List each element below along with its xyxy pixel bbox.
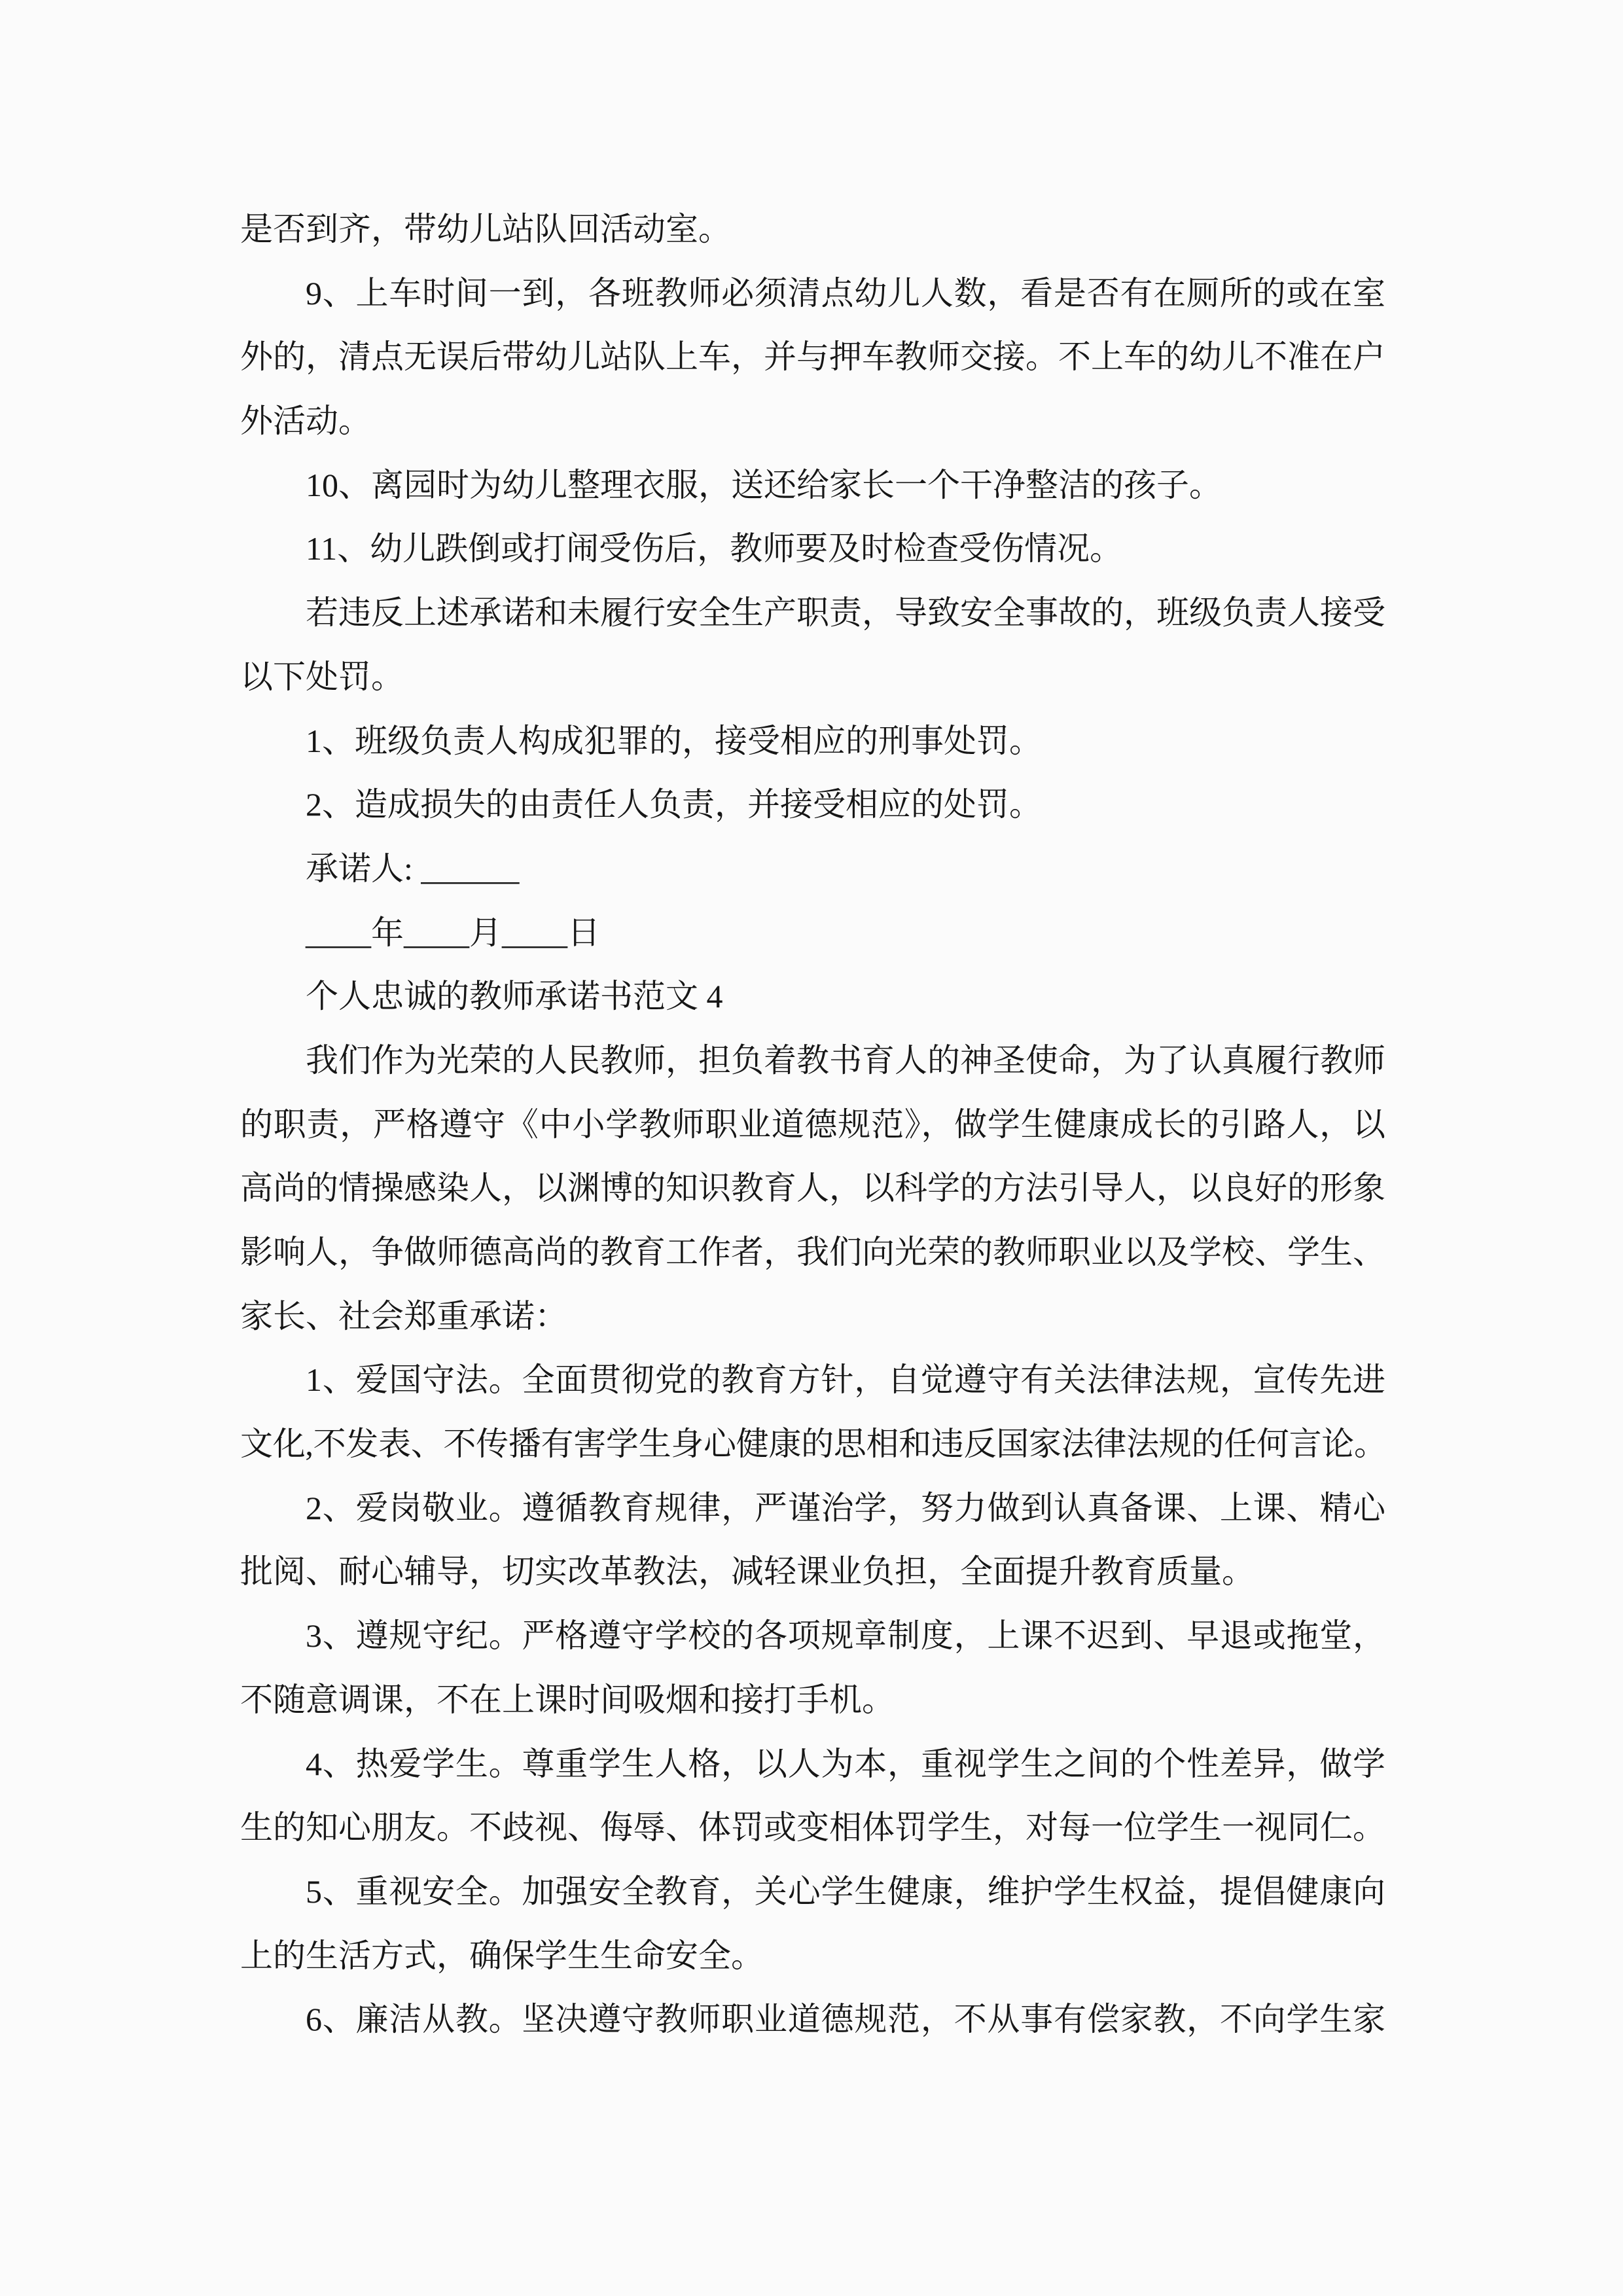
document-text-block: 是否到齐，带幼儿站队回活动室。9、上车时间一到，各班教师必须清点幼儿人数，看是否… bbox=[240, 198, 1385, 2052]
text-line: 高尚的情操感染人，以渊博的知识教育人，以科学的方法引导人，以良好的形象 bbox=[240, 1157, 1385, 1221]
text-line: 1、爱国守法。全面贯彻党的教育方针，自觉遵守有关法律法规，宣传先进 bbox=[240, 1348, 1385, 1412]
text-line: 上的生活方式，确保学生生命安全。 bbox=[240, 1924, 1385, 1988]
text-line: 4、热爱学生。尊重学生人格，以人为本，重视学生之间的个性差异，做学 bbox=[240, 1732, 1385, 1797]
text-line: 家长、社会郑重承诺： bbox=[240, 1285, 1385, 1349]
text-line: 9、上车时间一到，各班教师必须清点幼儿人数，看是否有在厕所的或在室 bbox=[240, 262, 1385, 326]
text-line: 以下处罚。 bbox=[240, 645, 1385, 709]
text-line: 的职责，严格遵守《中小学教师职业道德规范》，做学生健康成长的引路人，以 bbox=[240, 1093, 1385, 1157]
text-line: 生的知心朋友。不歧视、侮辱、体罚或变相体罚学生，对每一位学生一视同仁。 bbox=[240, 1796, 1385, 1860]
text-line: 1、班级负责人构成犯罪的，接受相应的刑事处罚。 bbox=[240, 709, 1385, 774]
text-line: 2、造成损失的由责任人负责，并接受相应的处罚。 bbox=[240, 773, 1385, 837]
document-page: 是否到齐，带幼儿站队回活动室。9、上车时间一到，各班教师必须清点幼儿人数，看是否… bbox=[0, 0, 1623, 2296]
text-line: 外活动。 bbox=[240, 389, 1385, 454]
text-line: 外的，清点无误后带幼儿站队上车，并与押车教师交接。不上车的幼儿不准在户 bbox=[240, 325, 1385, 389]
text-line: 个人忠诚的教师承诺书范文 4 bbox=[240, 965, 1385, 1029]
text-line: 5、重视安全。加强安全教育，关心学生健康，维护学生权益，提倡健康向 bbox=[240, 1860, 1385, 1924]
text-line: 2、爱岗敬业。遵循教育规律，严谨治学，努力做到认真备课、上课、精心 bbox=[240, 1477, 1385, 1541]
text-line: ____年____月____日 bbox=[240, 901, 1385, 965]
text-line: 3、遵规守纪。严格遵守学校的各项规章制度，上课不迟到、早退或拖堂， bbox=[240, 1604, 1385, 1668]
text-line: 11、幼儿跌倒或打闹受伤后，教师要及时检查受伤情况。 bbox=[240, 517, 1385, 581]
text-line: 影响人，争做师德高尚的教育工作者，我们向光荣的教师职业以及学校、学生、 bbox=[240, 1221, 1385, 1285]
text-line: 若违反上述承诺和未履行安全生产职责，导致安全事故的，班级负责人接受 bbox=[240, 581, 1385, 645]
text-line: 批阅、耐心辅导，切实改革教法，减轻课业负担，全面提升教育质量。 bbox=[240, 1540, 1385, 1604]
text-line: 文化,不发表、不传播有害学生身心健康的思相和违反国家法律法规的任何言论。 bbox=[240, 1412, 1385, 1477]
text-line: 是否到齐，带幼儿站队回活动室。 bbox=[240, 198, 1385, 262]
text-line: 6、廉洁从教。坚决遵守教师职业道德规范，不从事有偿家教，不向学生家 bbox=[240, 1988, 1385, 2052]
text-line: 不随意调课，不在上课时间吸烟和接打手机。 bbox=[240, 1668, 1385, 1732]
text-line: 我们作为光荣的人民教师，担负着教书育人的神圣使命，为了认真履行教师 bbox=[240, 1029, 1385, 1093]
text-line: 10、离园时为幼儿整理衣服，送还给家长一个干净整洁的孩子。 bbox=[240, 454, 1385, 518]
text-line: 承诺人: ______ bbox=[240, 837, 1385, 901]
